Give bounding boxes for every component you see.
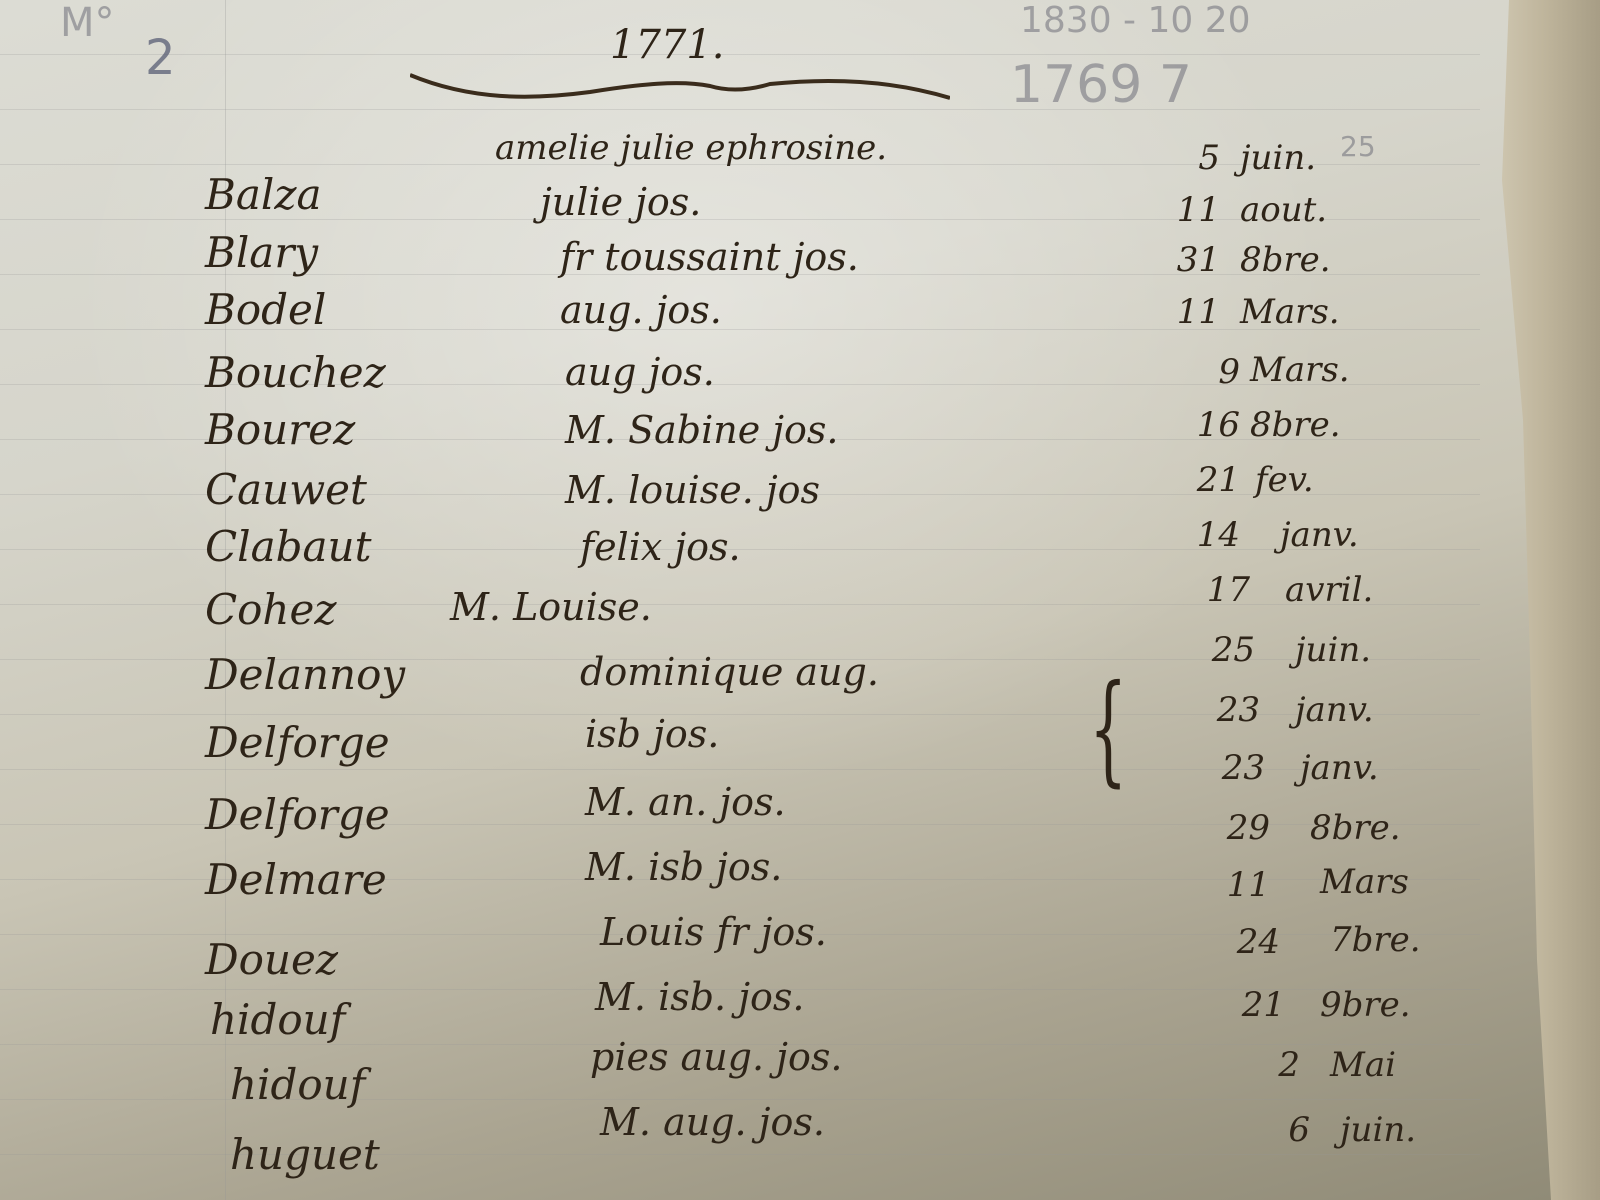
day: 14	[1170, 515, 1240, 555]
surname: Cauwet	[205, 465, 367, 514]
torn-page-edge	[1460, 0, 1600, 1200]
month: 8bre.	[1310, 808, 1401, 848]
month: 7bre.	[1330, 920, 1421, 960]
day: 11	[1150, 190, 1220, 230]
surname: Blary	[205, 228, 318, 277]
surname: hidouf	[230, 1060, 365, 1109]
month: Mars.	[1250, 350, 1350, 390]
surname: Delmare	[205, 855, 387, 904]
grouping-bracket: {	[1089, 660, 1127, 799]
given-names: dominique aug.	[580, 650, 879, 694]
month: juin.	[1340, 1110, 1416, 1150]
day: 24	[1210, 922, 1280, 962]
given-names: M. isb jos.	[585, 845, 782, 889]
day: 2	[1230, 1045, 1300, 1085]
surname: Delforge	[205, 718, 390, 767]
surname: hidouf	[210, 995, 345, 1044]
surname: Bouchez	[205, 348, 386, 397]
given-names: amelie julie ephrosine.	[495, 128, 887, 168]
month: 8bre.	[1240, 240, 1331, 280]
corner-pencil-mark: M°	[60, 0, 115, 46]
day: 5	[1150, 138, 1220, 178]
surname: Bourez	[205, 405, 355, 454]
day: 17	[1180, 570, 1250, 610]
surname: Balza	[205, 170, 322, 219]
day: 29	[1200, 808, 1270, 848]
pencil-annotation: 1830 - 10 20	[1020, 0, 1251, 41]
given-names: fr toussaint jos.	[560, 235, 859, 279]
day: 31	[1150, 240, 1220, 280]
day: 21	[1170, 460, 1240, 500]
month: fev.	[1255, 460, 1314, 500]
given-names: felix jos.	[580, 525, 741, 569]
month: janv.	[1300, 748, 1379, 788]
day: 23	[1190, 690, 1260, 730]
year-heading: 1771.	[610, 22, 725, 68]
given-names: M. Sabine jos.	[565, 408, 839, 452]
month: Mai	[1330, 1045, 1396, 1085]
month: juin.	[1240, 138, 1316, 178]
surname: Cohez	[205, 585, 336, 634]
day: 9	[1170, 352, 1240, 392]
given-names: M. an. jos.	[585, 780, 786, 824]
day: 23	[1195, 748, 1265, 788]
day: 11	[1150, 292, 1220, 332]
given-names: aug jos.	[565, 350, 715, 394]
day: 25	[1185, 630, 1255, 670]
surname: Delforge	[205, 790, 390, 839]
given-names: aug. jos.	[560, 288, 722, 332]
month: 8bre.	[1250, 405, 1341, 445]
pencil-annotation: 25	[1340, 130, 1376, 163]
day: 21	[1215, 985, 1285, 1025]
month: janv.	[1280, 515, 1359, 555]
day: 6	[1240, 1110, 1310, 1150]
month: Mars	[1320, 862, 1409, 902]
day: 11	[1200, 865, 1270, 905]
register-page-photo: M° 2 1830 - 10 20 1769 7 25 1771. { amel…	[0, 0, 1600, 1200]
month: janv.	[1295, 690, 1374, 730]
given-names: Louis fr jos.	[600, 910, 827, 954]
given-names: M. aug. jos.	[600, 1100, 825, 1144]
surname: Bodel	[205, 285, 326, 334]
heading-flourish	[410, 70, 950, 110]
given-names: julie jos.	[540, 180, 701, 224]
page-number-pencil: 2	[145, 30, 176, 86]
surname: Delannoy	[205, 650, 405, 699]
given-names: M. isb. jos.	[595, 975, 804, 1019]
surname: Douez	[205, 935, 338, 984]
month: 9bre.	[1320, 985, 1411, 1025]
surname: Clabaut	[205, 522, 371, 571]
day: 16	[1170, 405, 1240, 445]
pencil-annotation: 1769 7	[1010, 55, 1192, 115]
month: juin.	[1295, 630, 1371, 670]
given-names: isb jos.	[585, 712, 719, 756]
given-names: pies aug. jos.	[590, 1035, 842, 1079]
month: Mars.	[1240, 292, 1340, 332]
month: aout.	[1240, 190, 1327, 230]
given-names: M. Louise.	[450, 585, 652, 629]
surname: huguet	[230, 1130, 380, 1179]
month: avril.	[1285, 570, 1373, 610]
given-names: M. louise. jos	[565, 468, 820, 512]
